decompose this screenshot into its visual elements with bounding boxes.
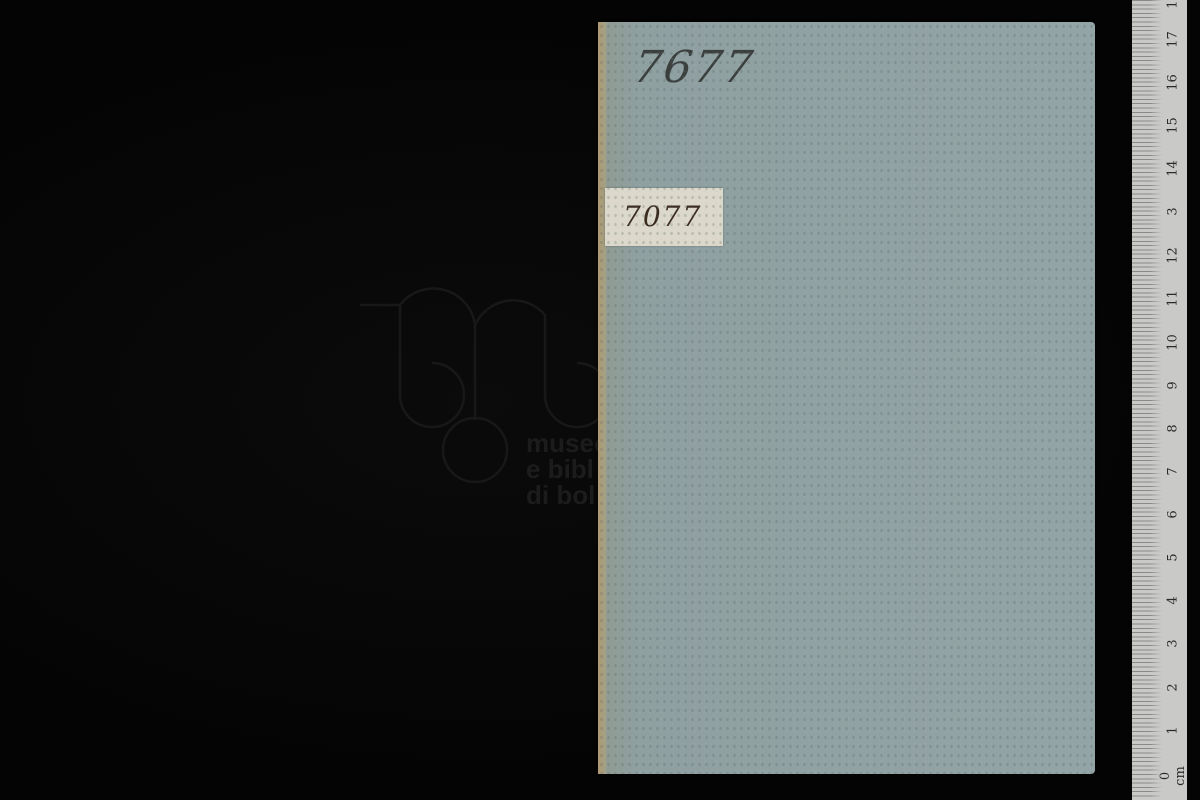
ruler-mark-label: 0 cm [1158, 763, 1188, 789]
ruler-mark-label: 15 [1166, 113, 1181, 139]
label-number: 7077 [623, 200, 702, 233]
ruler-mark-label: 10 [1166, 330, 1181, 356]
ruler-mark-label: 6 [1166, 502, 1181, 528]
ruler-mark-label: 11 [1166, 286, 1181, 312]
book-cover: 7677 7077 [598, 22, 1095, 774]
ruler-mark-label: 18 [1166, 0, 1181, 14]
ruler-mark-label: 17 [1166, 27, 1181, 53]
ruler-mark-label: 2 [1166, 675, 1181, 701]
ruler-mark-label: 3 [1166, 631, 1181, 657]
book-spine-edge [598, 22, 606, 774]
ruler-ticks [1132, 0, 1162, 800]
paper-label: 7077 [605, 188, 723, 246]
ruler-mark-label: 1 [1166, 718, 1181, 744]
ruler-mark-label: 4 [1166, 588, 1181, 614]
handwritten-shelf-number: 7677 [630, 42, 757, 93]
centimeter-ruler: 0 cm12345678910111231415161718 [1132, 0, 1187, 800]
watermark-text: di bol [526, 482, 595, 508]
ruler-mark-label: 9 [1166, 373, 1181, 399]
ruler-mark-label: 12 [1166, 243, 1181, 269]
ruler-mark-label: 16 [1166, 70, 1181, 96]
photo-background: museo e bibl di bol 7677 7077 0 cm123456… [0, 0, 1200, 800]
ruler-mark-label: 7 [1166, 459, 1181, 485]
ruler-mark-label: 14 [1166, 156, 1181, 182]
watermark-text: e bibl [526, 456, 594, 482]
ruler-mark-label: 5 [1166, 545, 1181, 571]
ruler-mark-label: 3 [1166, 199, 1181, 225]
ruler-mark-label: 8 [1166, 416, 1181, 442]
